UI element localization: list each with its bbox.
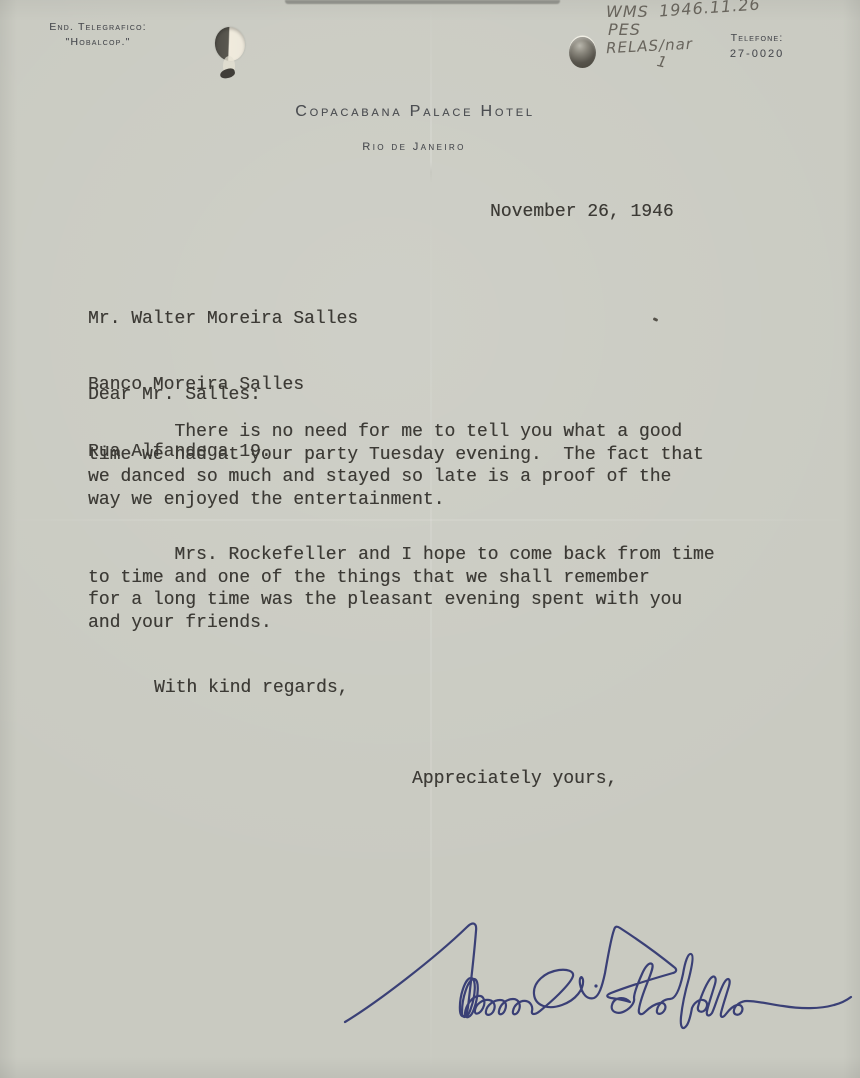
pencil-annotation-number: 1 [655,52,669,72]
telephone-number: 27-0020 [703,46,811,62]
body-paragraph-2: Mrs. Rockefeller and I hope to come back… [88,544,715,635]
telephone-label: Telefone: [703,30,811,46]
pencil-annotation-pes: PES [608,20,641,39]
telegraph-address-block: End. Telegrafico: "Hobalcop." [28,20,168,50]
hotel-name: Copacabana Palace Hotel [295,103,535,121]
telegraph-label: End. Telegrafico: [28,20,168,35]
hotel-city: Rio de Janeiro [362,141,465,153]
paper-speck [653,317,659,322]
scan-edge-artifact [285,0,560,4]
pencil-annotation-date: 1946.11.26 [658,0,761,21]
pencil-annotation-initials: WMS [606,2,649,21]
horizontal-crease [0,519,860,521]
telegraph-code: "Hobalcop." [28,35,168,50]
recipient-name: Mr. Walter Moreira Salles [88,308,358,330]
signature-nelson-rockefeller [333,910,860,1050]
closing-line: Appreciately yours, [412,768,617,791]
punch-hole-left-mark [219,67,236,79]
telephone-block: Telefone: 27-0020 [703,30,811,62]
letter-date: November 26, 1946 [490,201,674,224]
punch-hole-right [569,37,596,68]
salutation: Dear Mr. Salles: [88,384,261,407]
body-paragraph-1: There is no need for me to tell you what… [88,421,704,512]
regards-line: With kind regards, [154,677,348,700]
scanned-letter-document: End. Telegrafico: "Hobalcop." Telefone: … [0,0,860,1078]
pencil-annotation-relas: RELAS/nar [606,35,694,58]
